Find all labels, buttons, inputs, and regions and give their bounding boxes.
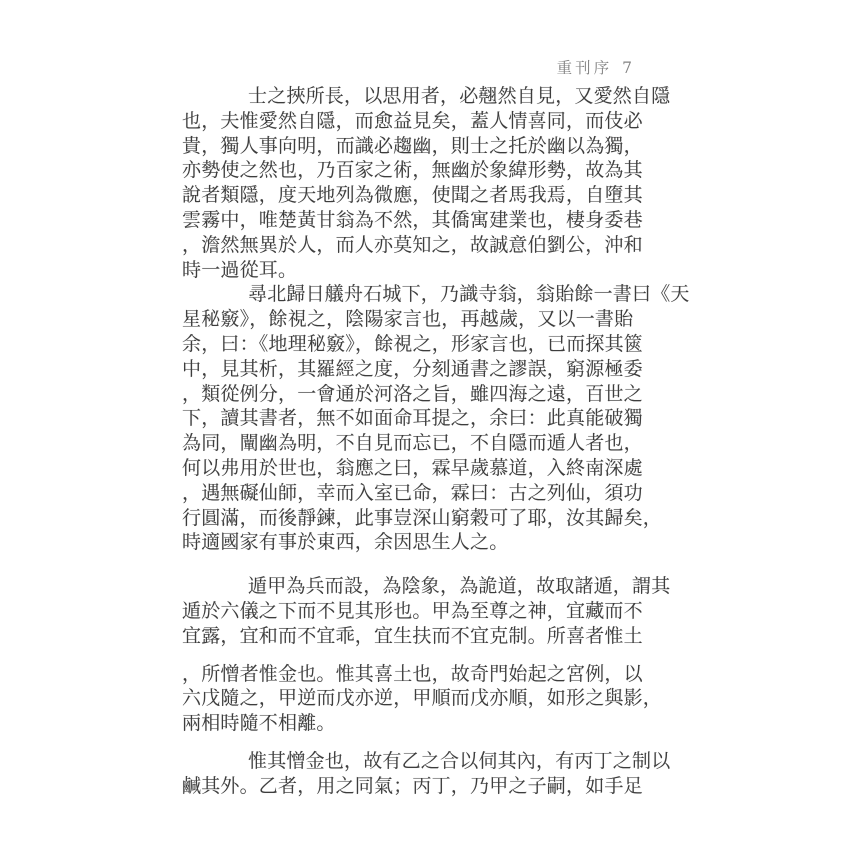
text-line: 也，夫惟愛然自隱，而愈益見矣，蓋人情喜同，而伎必 bbox=[182, 109, 652, 134]
paragraph: 惟其憎金也，故有乙之合以伺其內，有丙丁之制以鹹其外。乙者，用之同氣；丙丁，乃甲之… bbox=[182, 749, 652, 799]
text-line: ，類從例分，一會通於河洛之旨，雖四海之遠，百世之 bbox=[182, 382, 652, 407]
text-line: 遁甲為兵而設，為陰象，為詭道，故取諸遁，謂其 bbox=[182, 574, 652, 599]
paragraph: 遁甲為兵而設，為陰象，為詭道，故取諸遁，謂其遁於六儀之下而不見其形也。甲為至尊之… bbox=[182, 574, 652, 648]
text-line: 宜露，宜和而不宜乖，宜生扶而不宜克制。所喜者惟土 bbox=[182, 624, 652, 649]
paragraph: 尋北歸日艤舟石城下，乃識寺翁，翁貽餘一書曰《天星秘竅》，餘視之，陰陽家言也，再越… bbox=[182, 282, 652, 555]
text-line: ，遇無礙仙師，幸而入室已命，霖曰：古之列仙，須功 bbox=[182, 481, 652, 506]
paragraph: 士之挾所長，以思用者，必翹然自見，又愛然自隱也，夫惟愛然自隱，而愈益見矣，蓋人情… bbox=[182, 84, 652, 282]
running-head: 重刊序7 bbox=[557, 56, 632, 78]
text-line: 尋北歸日艤舟石城下，乃識寺翁，翁貽餘一書曰《天 bbox=[182, 282, 652, 307]
text-line: 時適國家有事於東西，余因思生人之。 bbox=[182, 530, 652, 555]
chapter-title: 重刊序 bbox=[557, 59, 613, 77]
text-line: 行圓滿，而後靜鍊，此事豈深山窮穀可了耶，汝其歸矣， bbox=[182, 506, 652, 531]
text-line: 時一過從耳。 bbox=[182, 258, 652, 283]
text-line: 鹹其外。乙者，用之同氣；丙丁，乃甲之子嗣，如手足 bbox=[182, 774, 652, 799]
text-line: 亦勢使之然也，乃百家之術，無幽於象緯形勢，故為其 bbox=[182, 158, 652, 183]
text-line: 余，曰：《地理秘竅》，餘視之，形家言也，已而探其篋 bbox=[182, 332, 652, 357]
text-line: ，澹然無異於人，而人亦莫知之，故誠意伯劉公，沖和 bbox=[182, 233, 652, 258]
text-line: 惟其憎金也，故有乙之合以伺其內，有丙丁之制以 bbox=[182, 749, 652, 774]
page-body: 士之挾所長，以思用者，必翹然自見，又愛然自隱也，夫惟愛然自隱，而愈益見矣，蓋人情… bbox=[182, 84, 652, 799]
text-line: 星秘竅》，餘視之，陰陽家言也，再越歲，又以一書貽 bbox=[182, 307, 652, 332]
text-line: ，所憎者惟金也。惟其喜土也，故奇門始起之宮例，以 bbox=[182, 662, 652, 687]
text-line: 說者類隱，度天地列為微應，使聞之者馬我焉，自墮其 bbox=[182, 183, 652, 208]
text-line: 下，讀其書者，無不如面命耳提之，余曰：此真能破獨 bbox=[182, 406, 652, 431]
text-line: 六戊隨之，甲逆而戊亦逆，甲順而戊亦順，如形之與影， bbox=[182, 686, 652, 711]
text-line: 何以弗用於世也，翁應之曰，霖早歲慕道，入終南深處 bbox=[182, 456, 652, 481]
text-line: 貴，獨人事向明，而識必趨幽，則士之托於幽以為獨， bbox=[182, 134, 652, 159]
text-line: 士之挾所長，以思用者，必翹然自見，又愛然自隱 bbox=[182, 84, 652, 109]
text-line: 兩相時隨不相離。 bbox=[182, 711, 652, 736]
book-page: 重刊序7 士之挾所長，以思用者，必翹然自見，又愛然自隱也，夫惟愛然自隱，而愈益見… bbox=[0, 0, 850, 850]
paragraph: ，所憎者惟金也。惟其喜土也，故奇門始起之宮例，以六戊隨之，甲逆而戊亦逆，甲順而戊… bbox=[182, 662, 652, 736]
page-number: 7 bbox=[622, 59, 632, 77]
text-line: 遁於六儀之下而不見其形也。甲為至尊之神，宜藏而不 bbox=[182, 599, 652, 624]
text-line: 雲霧中，唯楚黃甘翁為不然，其僑寓建業也，棲身委巷 bbox=[182, 208, 652, 233]
text-line: 中，見其析，其羅經之度，分刻通書之謬誤，窮源極委 bbox=[182, 357, 652, 382]
text-line: 為同，闡幽為明，不自見而忘已，不自隱而遁人者也， bbox=[182, 431, 652, 456]
